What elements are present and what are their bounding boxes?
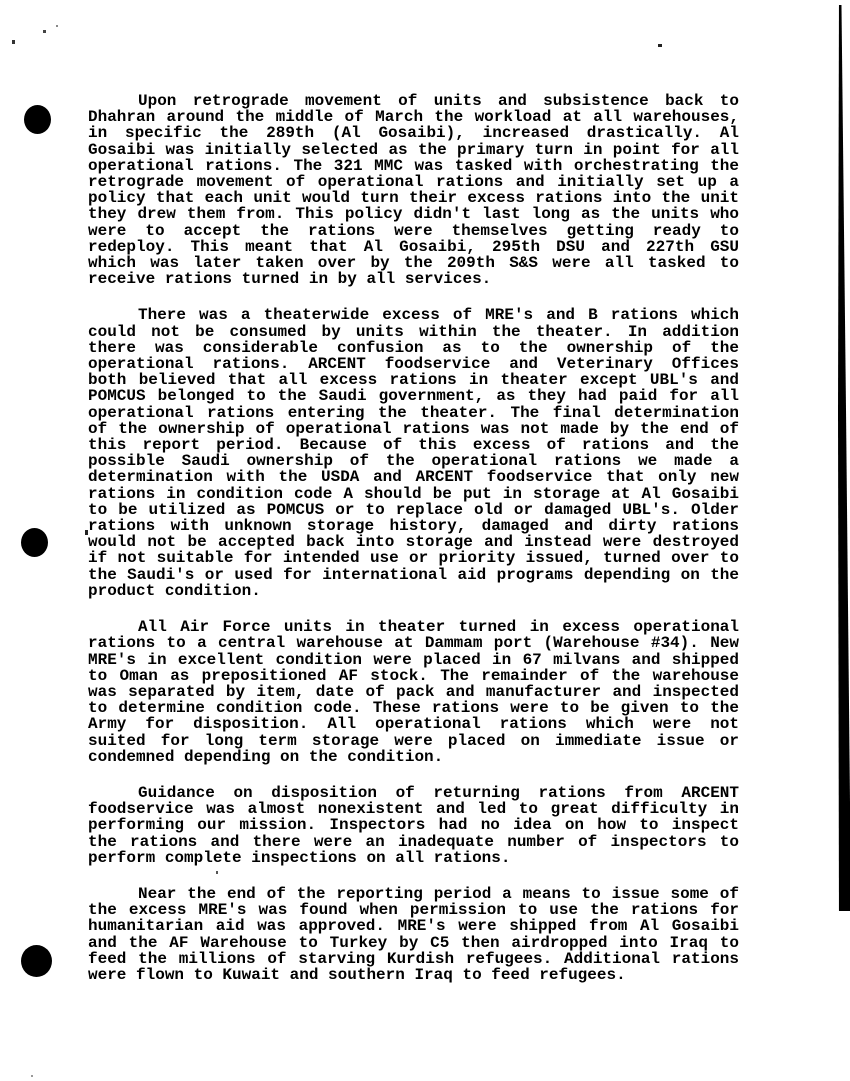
text-line: to Oman as prepositioned AF stock. The r… [88,668,739,684]
text-line: the Saudi's or used for international ai… [88,567,739,583]
text-line: this report period. Because of this exce… [88,437,739,453]
text-line: Army for disposition. All operational ra… [88,716,739,732]
text-line: operational rations entering the theater… [88,405,739,421]
text-line: operational rations. The 321 MMC was tas… [88,158,739,174]
text-line: possible Saudi ownership of the operatio… [88,453,739,469]
scan-speck [658,44,662,47]
hole-punch-mark [24,105,51,134]
text-line: in specific the 289th (Al Gosaibi), incr… [88,125,739,141]
paragraph: Near the end of the reporting period a m… [88,886,739,983]
text-line: POMCUS belonged to the Saudi government,… [88,388,739,404]
text-line: suited for long term storage were placed… [88,733,739,749]
text-line: policy that each unit would turn their e… [88,190,739,206]
paragraph: Upon retrograde movement of units and su… [88,93,739,287]
text-line: rations with unknown storage history, da… [88,518,739,534]
text-line: All Air Force units in theater turned in… [88,619,739,635]
paragraph: There was a theaterwide excess of MRE's … [88,307,739,599]
scan-speck [56,25,58,27]
text-line: the excess MRE's was found when permissi… [88,902,739,918]
text-line: were to accept the rations were themselv… [88,223,739,239]
text-line: the rations and there were an inadequate… [88,834,739,850]
text-line: to be utilized as POMCUS or to replace o… [88,502,739,518]
text-line: rations in condition code A should be pu… [88,486,739,502]
text-line: receive rations turned in by all service… [88,271,739,287]
scan-speck [43,30,46,33]
text-line: Near the end of the reporting period a m… [88,886,739,902]
text-line: and the AF Warehouse to Turkey by C5 the… [88,935,739,951]
text-line: were flown to Kuwait and southern Iraq t… [88,967,739,983]
document-page: Upon retrograde movement of units and su… [0,0,850,1081]
hole-punch-mark [21,528,48,557]
text-line: humanitarian aid was approved. MRE's wer… [88,918,739,934]
text-line: they drew them from. This policy didn't … [88,206,739,222]
text-line: Dhahran around the middle of March the w… [88,109,739,125]
text-line: there was considerable confusion as to t… [88,340,739,356]
text-line: rations to a central warehouse at Dammam… [88,635,739,651]
text-line: retrograde movement of operational ratio… [88,174,739,190]
paragraph: Guidance on disposition of returning rat… [88,785,739,866]
text-line: redeploy. This meant that Al Gosaibi, 29… [88,239,739,255]
text-line: of the ownership of operational rations … [88,421,739,437]
text-line: condemned depending on the condition. [88,749,739,765]
document-body: Upon retrograde movement of units and su… [88,93,739,1003]
text-line: perform complete inspections on all rati… [88,850,739,866]
text-line: would not be accepted back into storage … [88,534,739,550]
text-line: product condition. [88,583,739,599]
text-line: to determine condition code. These ratio… [88,700,739,716]
text-line: There was a theaterwide excess of MRE's … [88,307,739,323]
text-line: both believed that all excess rations in… [88,372,739,388]
text-line: which was later taken over by the 209th … [88,255,739,271]
text-line: performing our mission. Inspectors had n… [88,817,739,833]
text-line: MRE's in excellent condition were placed… [88,652,739,668]
scan-speck [31,1075,33,1077]
text-line: foodservice was almost nonexistent and l… [88,801,739,817]
hole-punch-mark [21,945,52,977]
text-line: Upon retrograde movement of units and su… [88,93,739,109]
text-line: feed the millions of starving Kurdish re… [88,951,739,967]
text-line: Guidance on disposition of returning rat… [88,785,739,801]
text-line: determination with the USDA and ARCENT f… [88,469,739,485]
text-line: if not suitable for intended use or prio… [88,550,739,566]
text-line: Gosaibi was initially selected as the pr… [88,142,739,158]
text-line: could not be consumed by units within th… [88,324,739,340]
scan-speck [12,40,15,44]
text-line: operational rations. ARCENT foodservice … [88,356,739,372]
paragraph: All Air Force units in theater turned in… [88,619,739,765]
scan-edge-artifact [838,5,850,911]
text-line: was separated by item, date of pack and … [88,684,739,700]
